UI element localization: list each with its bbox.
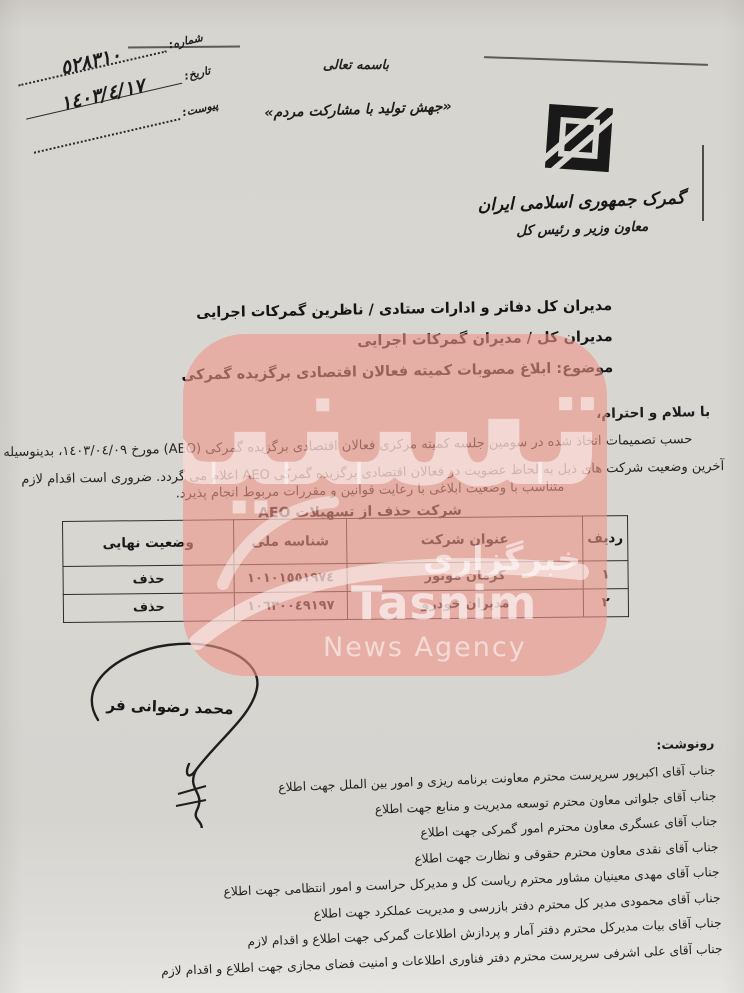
attachment-label: پیوست: <box>181 98 219 119</box>
row-number-cell: ٢ <box>583 589 628 617</box>
subject-line: موضوع: ابلاغ مصوبات کمیته فعالان اقتصادی… <box>181 353 613 392</box>
letterhead-org-block: گمرک جمهوری اسلامی ایران معاون وزیر و رئ… <box>453 92 708 242</box>
cc-list-block: رونوشت: جناب آقای اکبرپور سرپرست محترم م… <box>25 735 724 990</box>
final-status-cell: حذف <box>63 565 234 595</box>
letter-registry-block: شماره: ٥٢٨٣١٠ تاریخ: ١٤٠٣/٤/١٧ پیوست: <box>14 23 223 167</box>
body-line-1: حسب تصمیمات اتخاذ شده در سومین جلسه کمیت… <box>3 432 692 460</box>
table-header-row: ردیف عنوان شرکت شناسه ملی وضعیت نهایی <box>63 516 628 567</box>
year-slogan-text: «جهش تولید با مشارکت مردم» <box>258 99 458 122</box>
header-national-id: شناسه ملی <box>233 519 346 565</box>
scan-line-artifact <box>484 56 708 65</box>
national-id-cell: ١٠٦٣٠٠٤٩١٩٧ <box>234 592 347 621</box>
national-id-cell: ١٠١٠١٥٥١٩٧٤ <box>234 564 347 593</box>
header-company-name: عنوان شرکت <box>346 516 582 563</box>
number-label: شماره: <box>167 31 203 51</box>
iran-customs-logo-icon <box>534 93 624 183</box>
salutation-text: با سلام و احترام، <box>596 404 710 422</box>
company-name-cell: مدیران خودرو <box>347 589 583 619</box>
row-number-cell: ١ <box>583 561 628 589</box>
watermark-latin-subtitle: News Agency <box>323 632 527 663</box>
header-row-number: ردیف <box>582 516 627 561</box>
org-name-text: گمرک جمهوری اسلامی ایران <box>456 188 707 217</box>
aeo-removal-table: ردیف عنوان شرکت شناسه ملی وضعیت نهایی ١ … <box>62 515 629 623</box>
table-row: ٢ مدیران خودرو ١٠٦٣٠٠٤٩١٩٧ حذف <box>63 589 628 623</box>
company-name-cell: کرمان موتور <box>347 561 583 591</box>
final-status-cell: حذف <box>63 593 234 623</box>
handwritten-letter-number: ٥٢٨٣١٠ <box>59 46 123 78</box>
org-title-text: معاون وزیر و رئیس کل <box>457 217 707 242</box>
bismillah-text: باسمه تعالی <box>276 58 436 73</box>
date-label: تاریخ: <box>183 64 212 83</box>
scanned-letter-page: شماره: ٥٢٨٣١٠ تاریخ: ١٤٠٣/٤/١٧ پیوست: با… <box>0 0 744 993</box>
header-final-status: وضعیت نهایی <box>63 520 234 567</box>
recipients-block: مدیران کل دفاتر و ادارات ستادی / ناظرین … <box>180 291 613 392</box>
